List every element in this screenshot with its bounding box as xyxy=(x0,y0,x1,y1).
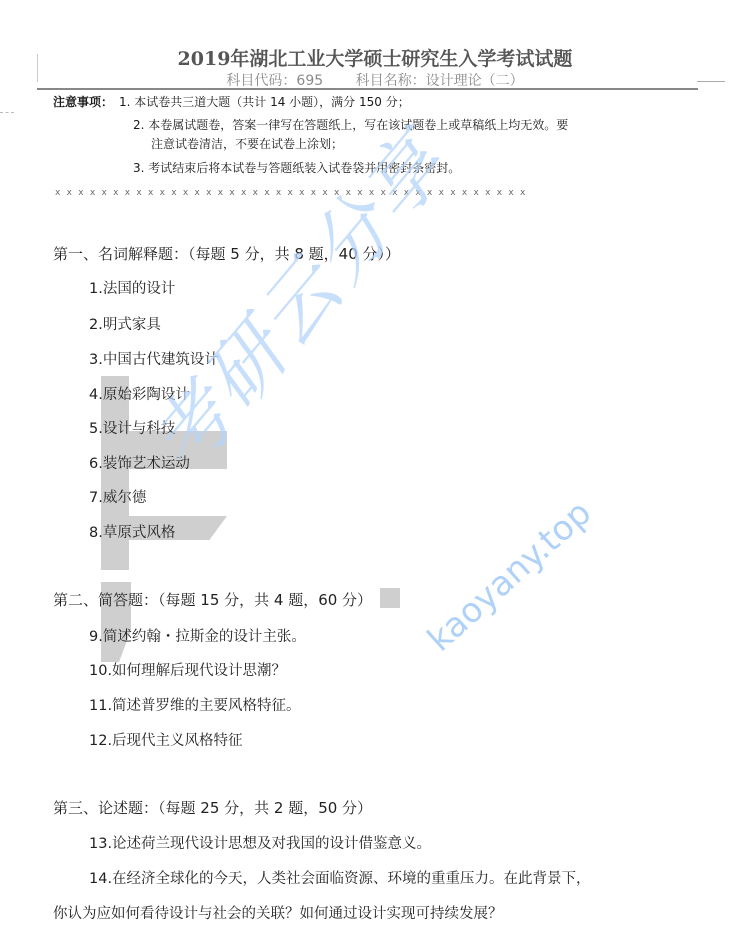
note-item: 2. 本卷属试题卷，答案一律写在答题纸上，写在该试题卷上或草稿纸上均无效。要 xyxy=(133,116,568,135)
question-item: 12.后现代主义风格特征 xyxy=(89,729,243,750)
question-item: 8.草原式风格 xyxy=(89,521,175,542)
question-item: 9.简述约翰・拉斯金的设计主张。 xyxy=(89,625,306,646)
exam-subtitle: 科目代码：695 科目名称：设计理论（二） xyxy=(0,70,750,90)
scan-artifact xyxy=(380,588,400,608)
watermark-url: kaoyany.top xyxy=(420,493,599,660)
question-item: 14.在经济全球化的今天，人类社会面临资源、环境的重重压力。在此背景下， xyxy=(89,867,591,888)
note-item: 1. 本试卷共三道大题（共计 14 小题），满分 150 分； xyxy=(119,93,410,112)
exam-page: 2019年湖北工业大学硕士研究生入学考试试题 科目代码：695 科目名称：设计理… xyxy=(0,0,750,935)
subject-code: 科目代码：695 xyxy=(226,73,323,89)
section-1-title: 第一、名词解释题：（每题 5 分，共 8 题，40 分）） xyxy=(53,243,400,264)
question-item: 1.法国的设计 xyxy=(89,277,175,298)
header-divider xyxy=(37,88,698,90)
question-item: 13.论述荷兰现代设计思想及对我国的设计借鉴意义。 xyxy=(89,832,431,853)
subject-name: 科目名称：设计理论（二） xyxy=(356,73,524,89)
notes-label: 注意事项： xyxy=(53,93,113,112)
question-item: 5.设计与科技 xyxy=(89,417,175,438)
section-3-title: 第三、论述题：（每题 25 分，共 2 题，50 分） xyxy=(53,797,372,818)
question-item: 11.简述普罗维的主要风格特征。 xyxy=(89,694,301,715)
question-item: 3.中国古代建筑设计 xyxy=(89,348,219,369)
exam-title: 2019年湖北工业大学硕士研究生入学考试试题 xyxy=(0,44,750,71)
notes-separator: xxxxxxxxxxxxxxxxxxxxxxxxxxxxxxxxxxxxxxxx… xyxy=(55,188,715,198)
margin-dash-mark xyxy=(0,112,14,114)
question-item: 10.如何理解后现代设计思潮？ xyxy=(89,659,286,680)
question-item: 4.原始彩陶设计 xyxy=(89,383,190,404)
question-item: 2.明式家具 xyxy=(89,313,161,334)
question-item: 7.威尔德 xyxy=(89,486,146,507)
question-item-continued: 你认为应如何看待设计与社会的关联？如何通过设计实现可持续发展？ xyxy=(53,902,503,923)
note-item: 3. 考试结束后将本试卷与答题纸装入试卷袋并用密封条密封。 xyxy=(133,159,460,178)
note-item: 注意试卷清洁，不要在试卷上涂划； xyxy=(151,135,343,154)
question-item: 6.装饰艺术运动 xyxy=(89,452,190,473)
section-2-title: 第二、简答题：（每题 15 分，共 4 题，60 分） xyxy=(53,589,372,610)
